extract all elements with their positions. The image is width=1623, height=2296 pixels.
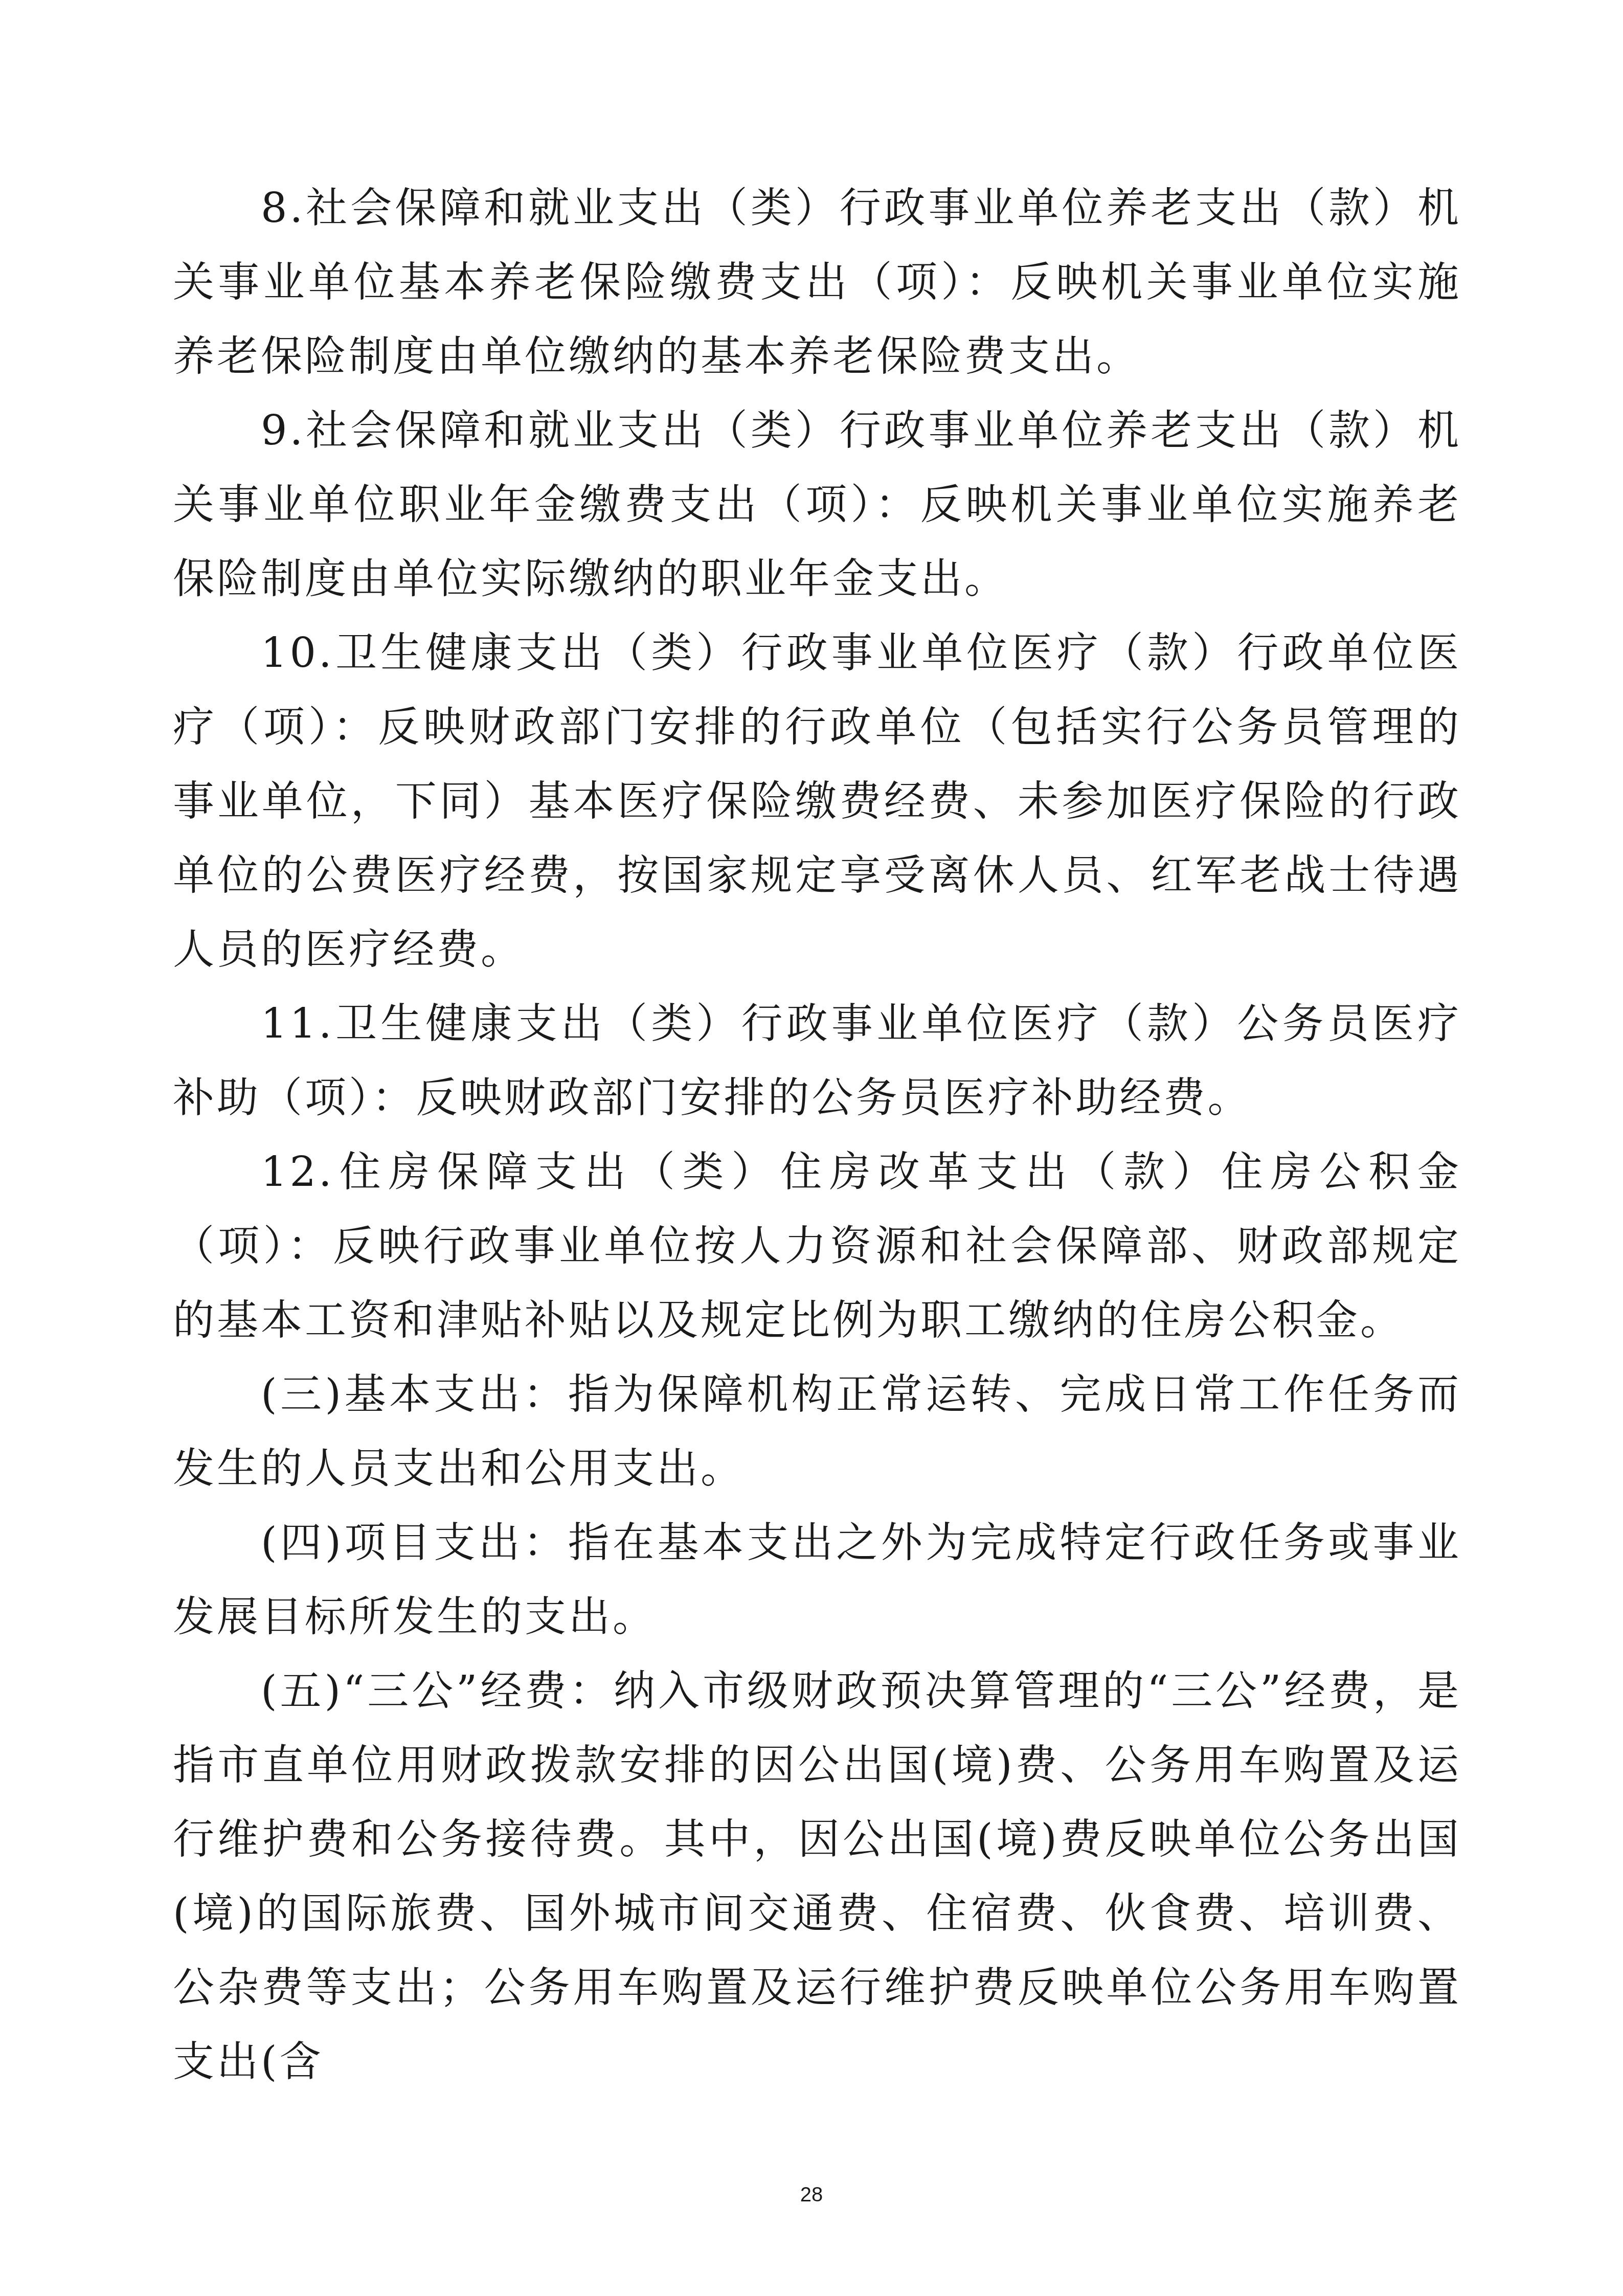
paragraph-three-public-expenses: (五)“三公”经费：纳入市级财政预决算管理的“三公”经费，是指市直单位用财政拨款… — [173, 1654, 1461, 2099]
paragraph-project-expenditure: (四)项目支出：指在基本支出之外为完成特定行政任务或事业发展目标所发生的支出。 — [173, 1506, 1461, 1654]
paragraph-item-10: 10.卫生健康支出（类）行政事业单位医疗（款）行政单位医疗（项）：反映财政部门安… — [173, 616, 1461, 987]
page-number: 28 — [0, 2184, 1623, 2207]
paragraph-item-9: 9.社会保障和就业支出（类）行政事业单位养老支出（款）机关事业单位职业年金缴费支… — [173, 394, 1461, 616]
paragraph-item-8: 8.社会保障和就业支出（类）行政事业单位养老支出（款）机关事业单位基本养老保险缴… — [173, 171, 1461, 394]
document-body: 8.社会保障和就业支出（类）行政事业单位养老支出（款）机关事业单位基本养老保险缴… — [173, 171, 1461, 2099]
paragraph-basic-expenditure: (三)基本支出：指为保障机构正常运转、完成日常工作任务而发生的人员支出和公用支出… — [173, 1358, 1461, 1506]
paragraph-item-12: 12.住房保障支出（类）住房改革支出（款）住房公积金（项）：反映行政事业单位按人… — [173, 1135, 1461, 1358]
document-page: 8.社会保障和就业支出（类）行政事业单位养老支出（款）机关事业单位基本养老保险缴… — [0, 0, 1623, 2296]
paragraph-item-11: 11.卫生健康支出（类）行政事业单位医疗（款）公务员医疗补助（项）：反映财政部门… — [173, 987, 1461, 1135]
